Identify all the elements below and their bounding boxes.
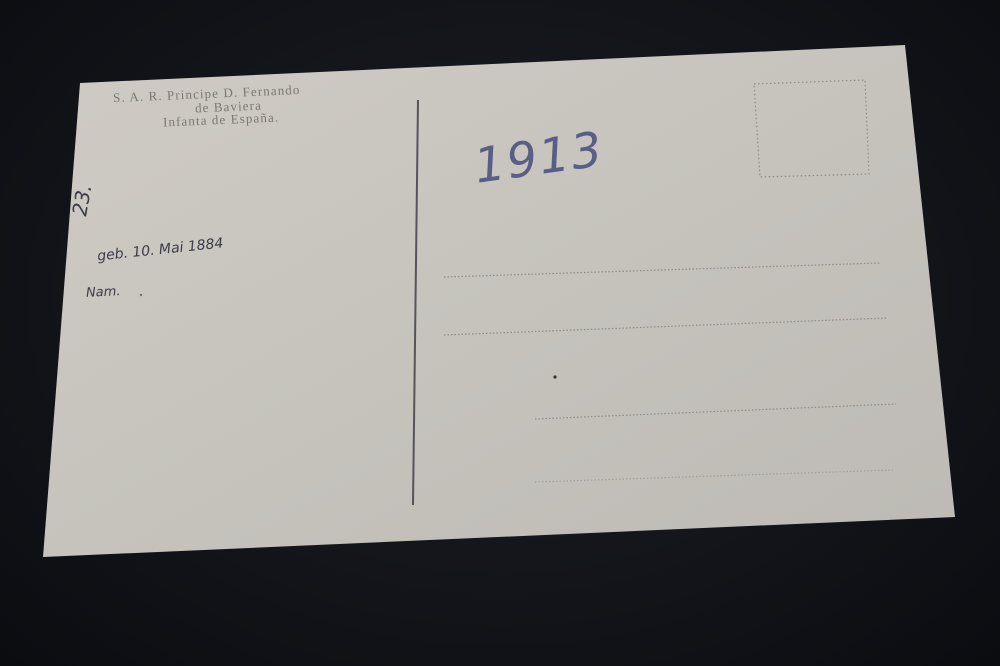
ink-speck: [140, 294, 142, 296]
handwritten-name-note: Nam.: [86, 284, 121, 301]
ink-speck: [553, 375, 556, 378]
